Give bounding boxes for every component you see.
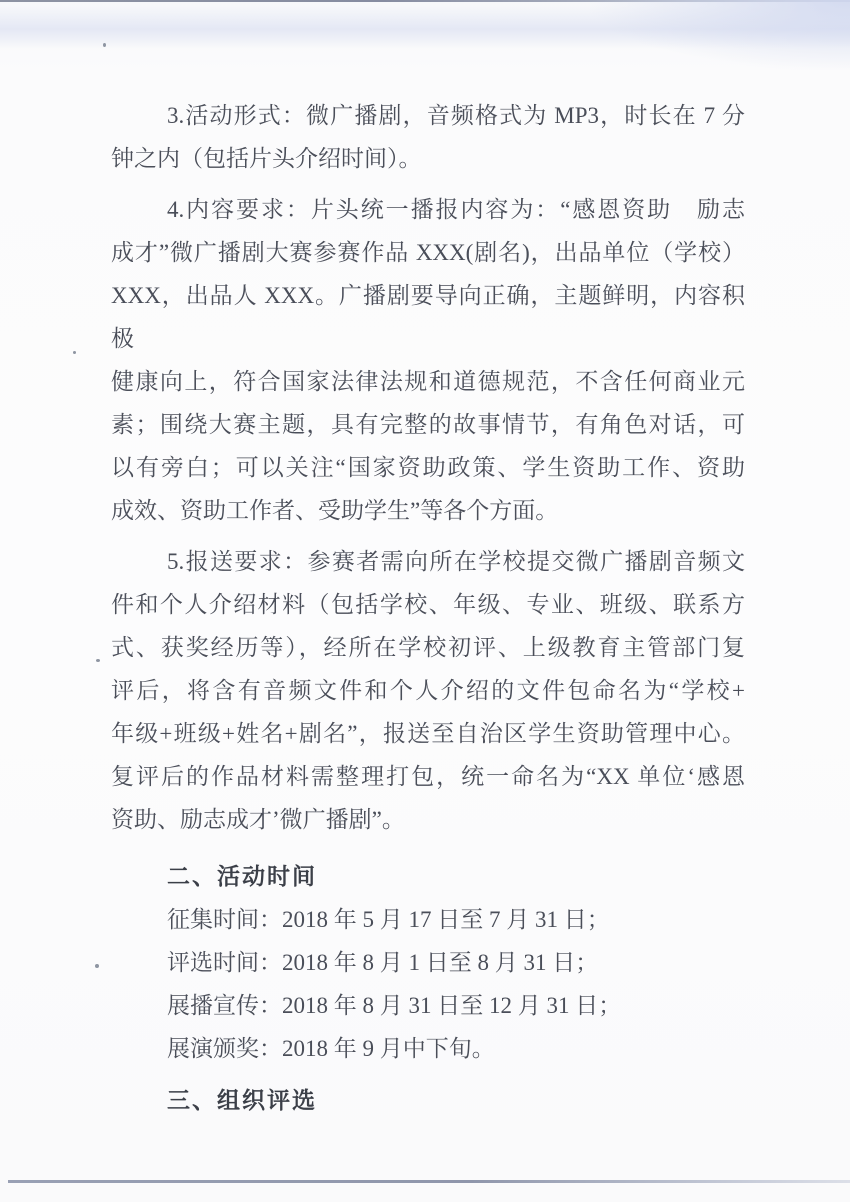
text-line: 成才”微广播剧大赛参赛作品 XXX(剧名)，出品单位（学校） [111,231,745,274]
schedule-line-selection-period: 评选时间：2018 年 8 月 1 日至 8 月 31 日； [111,941,745,984]
text-line: XXX，出品人 XXX。广播剧要导向正确，主题鲜明，内容积极 [111,274,745,360]
scan-speck [95,964,99,968]
text-line: 资助、励志成才’微广播剧”。 [111,798,745,841]
schedule-line-collection-period: 征集时间：2018 年 5 月 17 日至 7 月 31 日； [111,898,745,941]
schedule-line-broadcast-promotion: 展播宣传：2018 年 8 月 31 日至 12 月 31 日； [111,984,745,1027]
heading-section-organization-selection: 三、组织评选 [111,1079,745,1122]
text-line: 4.内容要求：片头统一播报内容为：“感恩资助 励志 [111,188,745,231]
document-page: 3.活动形式：微广播剧，音频格式为 MP3，时长在 7 分 钟之内（包括片头介绍… [0,0,850,1202]
text-line: 复评后的作品材料需整理打包，统一命名为“XX 单位‘感恩 [111,755,745,798]
scan-speck [73,351,76,354]
text-line: 素；围绕大赛主题，具有完整的故事情节，有角色对话，可 [111,403,745,446]
text-line: 评后，将含有音频文件和个人介绍的文件包命名为“学校+ [111,669,745,712]
text-line: 健康向上，符合国家法律法规和道德规范，不含任何商业元 [111,360,745,403]
text-line: 年级+班级+姓名+剧名”，报送至自治区学生资助管理中心。 [111,712,745,755]
scan-bottom-edge-line [8,1180,850,1183]
text-line: 钟之内（包括片头介绍时间）。 [111,137,745,180]
paragraph-activity-format: 3.活动形式：微广播剧，音频格式为 MP3，时长在 7 分 钟之内（包括片头介绍… [111,94,745,180]
document-body: 3.活动形式：微广播剧，音频格式为 MP3，时长在 7 分 钟之内（包括片头介绍… [111,94,745,1122]
text-line: 成效、资助工作者、受助学生”等各个方面。 [111,489,745,532]
scan-speck [103,43,106,47]
text-line: 式、获奖经历等），经所在学校初评、上级教育主管部门复 [111,626,745,669]
scan-speck [96,659,100,662]
text-line: 以有旁白；可以关注“国家资助政策、学生资助工作、资助 [111,446,745,489]
schedule-line-award-ceremony: 展演颁奖：2018 年 9 月中下旬。 [111,1027,745,1070]
heading-section-activity-time: 二、活动时间 [111,855,745,898]
scan-corner-tint [590,0,850,70]
text-line: 3.活动形式：微广播剧，音频格式为 MP3，时长在 7 分 [111,94,745,137]
paragraph-submission-requirements: 5.报送要求：参赛者需向所在学校提交微广播剧音频文 件和个人介绍材料（包括学校、… [111,540,745,841]
paragraph-content-requirements: 4.内容要求：片头统一播报内容为：“感恩资助 励志 成才”微广播剧大赛参赛作品 … [111,188,745,532]
text-line: 5.报送要求：参赛者需向所在学校提交微广播剧音频文 [111,540,745,583]
text-line: 件和个人介绍材料（包括学校、年级、专业、班级、联系方 [111,583,745,626]
